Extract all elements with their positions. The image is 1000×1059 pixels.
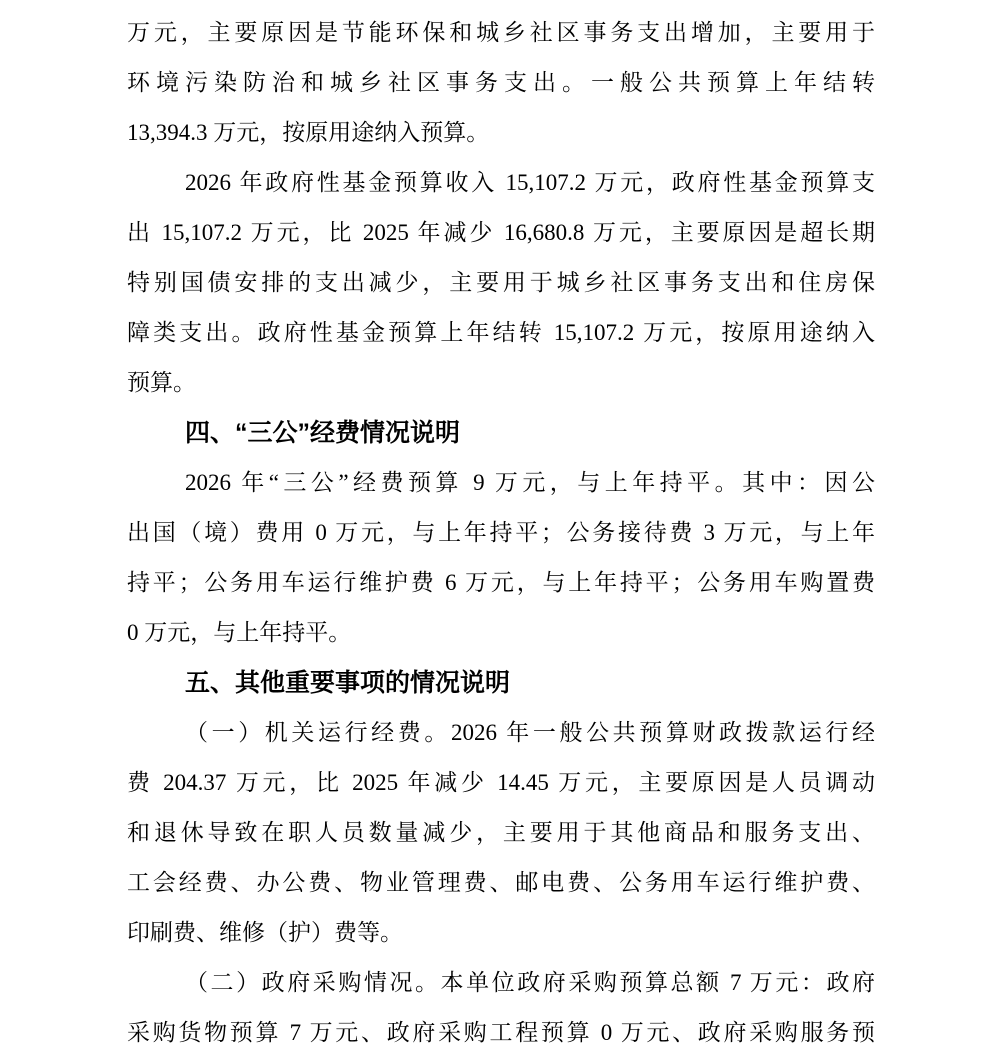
paragraph-end-line-1: 13,394.3 万元，按原用途纳入预算。 (127, 108, 875, 158)
paragraph-start-line-3: 2026 年“三公”经费预算 9 万元，与上年持平。其中：因公 (127, 458, 875, 508)
body-line-11: 采购货物预算 7 万元、政府采购工程预算 0 万元、政府采购服务预 (127, 1008, 875, 1058)
paragraph-start-line-2: 2026 年政府性基金预算收入 15,107.2 万元，政府性基金预算支 (127, 158, 875, 208)
paragraph-start-line-4: （一）机关运行经费。2026 年一般公共预算财政拨款运行经 (127, 708, 875, 758)
body-line-6: 出国（境）费用 0 万元，与上年持平；公务接待费 3 万元，与上年 (127, 508, 875, 558)
paragraph-start-line-5: （二）政府采购情况。本单位政府采购预算总额 7 万元：政府 (127, 958, 875, 1008)
section-heading-four: 四、“三公”经费情况说明 (127, 408, 875, 458)
body-line-2: 环境污染防治和城乡社区事务支出。一般公共预算上年结转 (127, 58, 875, 108)
body-line-3: 出 15,107.2 万元，比 2025 年减少 16,680.8 万元，主要原… (127, 208, 875, 258)
body-line-4: 特别国债安排的支出减少，主要用于城乡社区事务支出和住房保 (127, 258, 875, 308)
body-line-5: 障类支出。政府性基金预算上年结转 15,107.2 万元，按原用途纳入 (127, 308, 875, 358)
document-page: 万元，主要原因是节能环保和城乡社区事务支出增加，主要用于 环境污染防治和城乡社区… (0, 0, 1000, 1059)
paragraph-end-line-2: 预算。 (127, 358, 875, 408)
body-line-9: 和退休导致在职人员数量减少，主要用于其他商品和服务支出、 (127, 808, 875, 858)
body-line-1: 万元，主要原因是节能环保和城乡社区事务支出增加，主要用于 (127, 8, 875, 58)
body-line-7: 持平；公务用车运行维护费 6 万元，与上年持平；公务用车购置费 (127, 558, 875, 608)
body-line-10: 工会经费、办公费、物业管理费、邮电费、公务用车运行维护费、 (127, 858, 875, 908)
section-heading-five: 五、其他重要事项的情况说明 (127, 658, 875, 708)
paragraph-end-line-3: 0 万元，与上年持平。 (127, 608, 875, 658)
paragraph-end-line-4: 印刷费、维修（护）费等。 (127, 908, 875, 958)
body-line-8: 费 204.37 万元，比 2025 年减少 14.45 万元，主要原因是人员调… (127, 758, 875, 808)
